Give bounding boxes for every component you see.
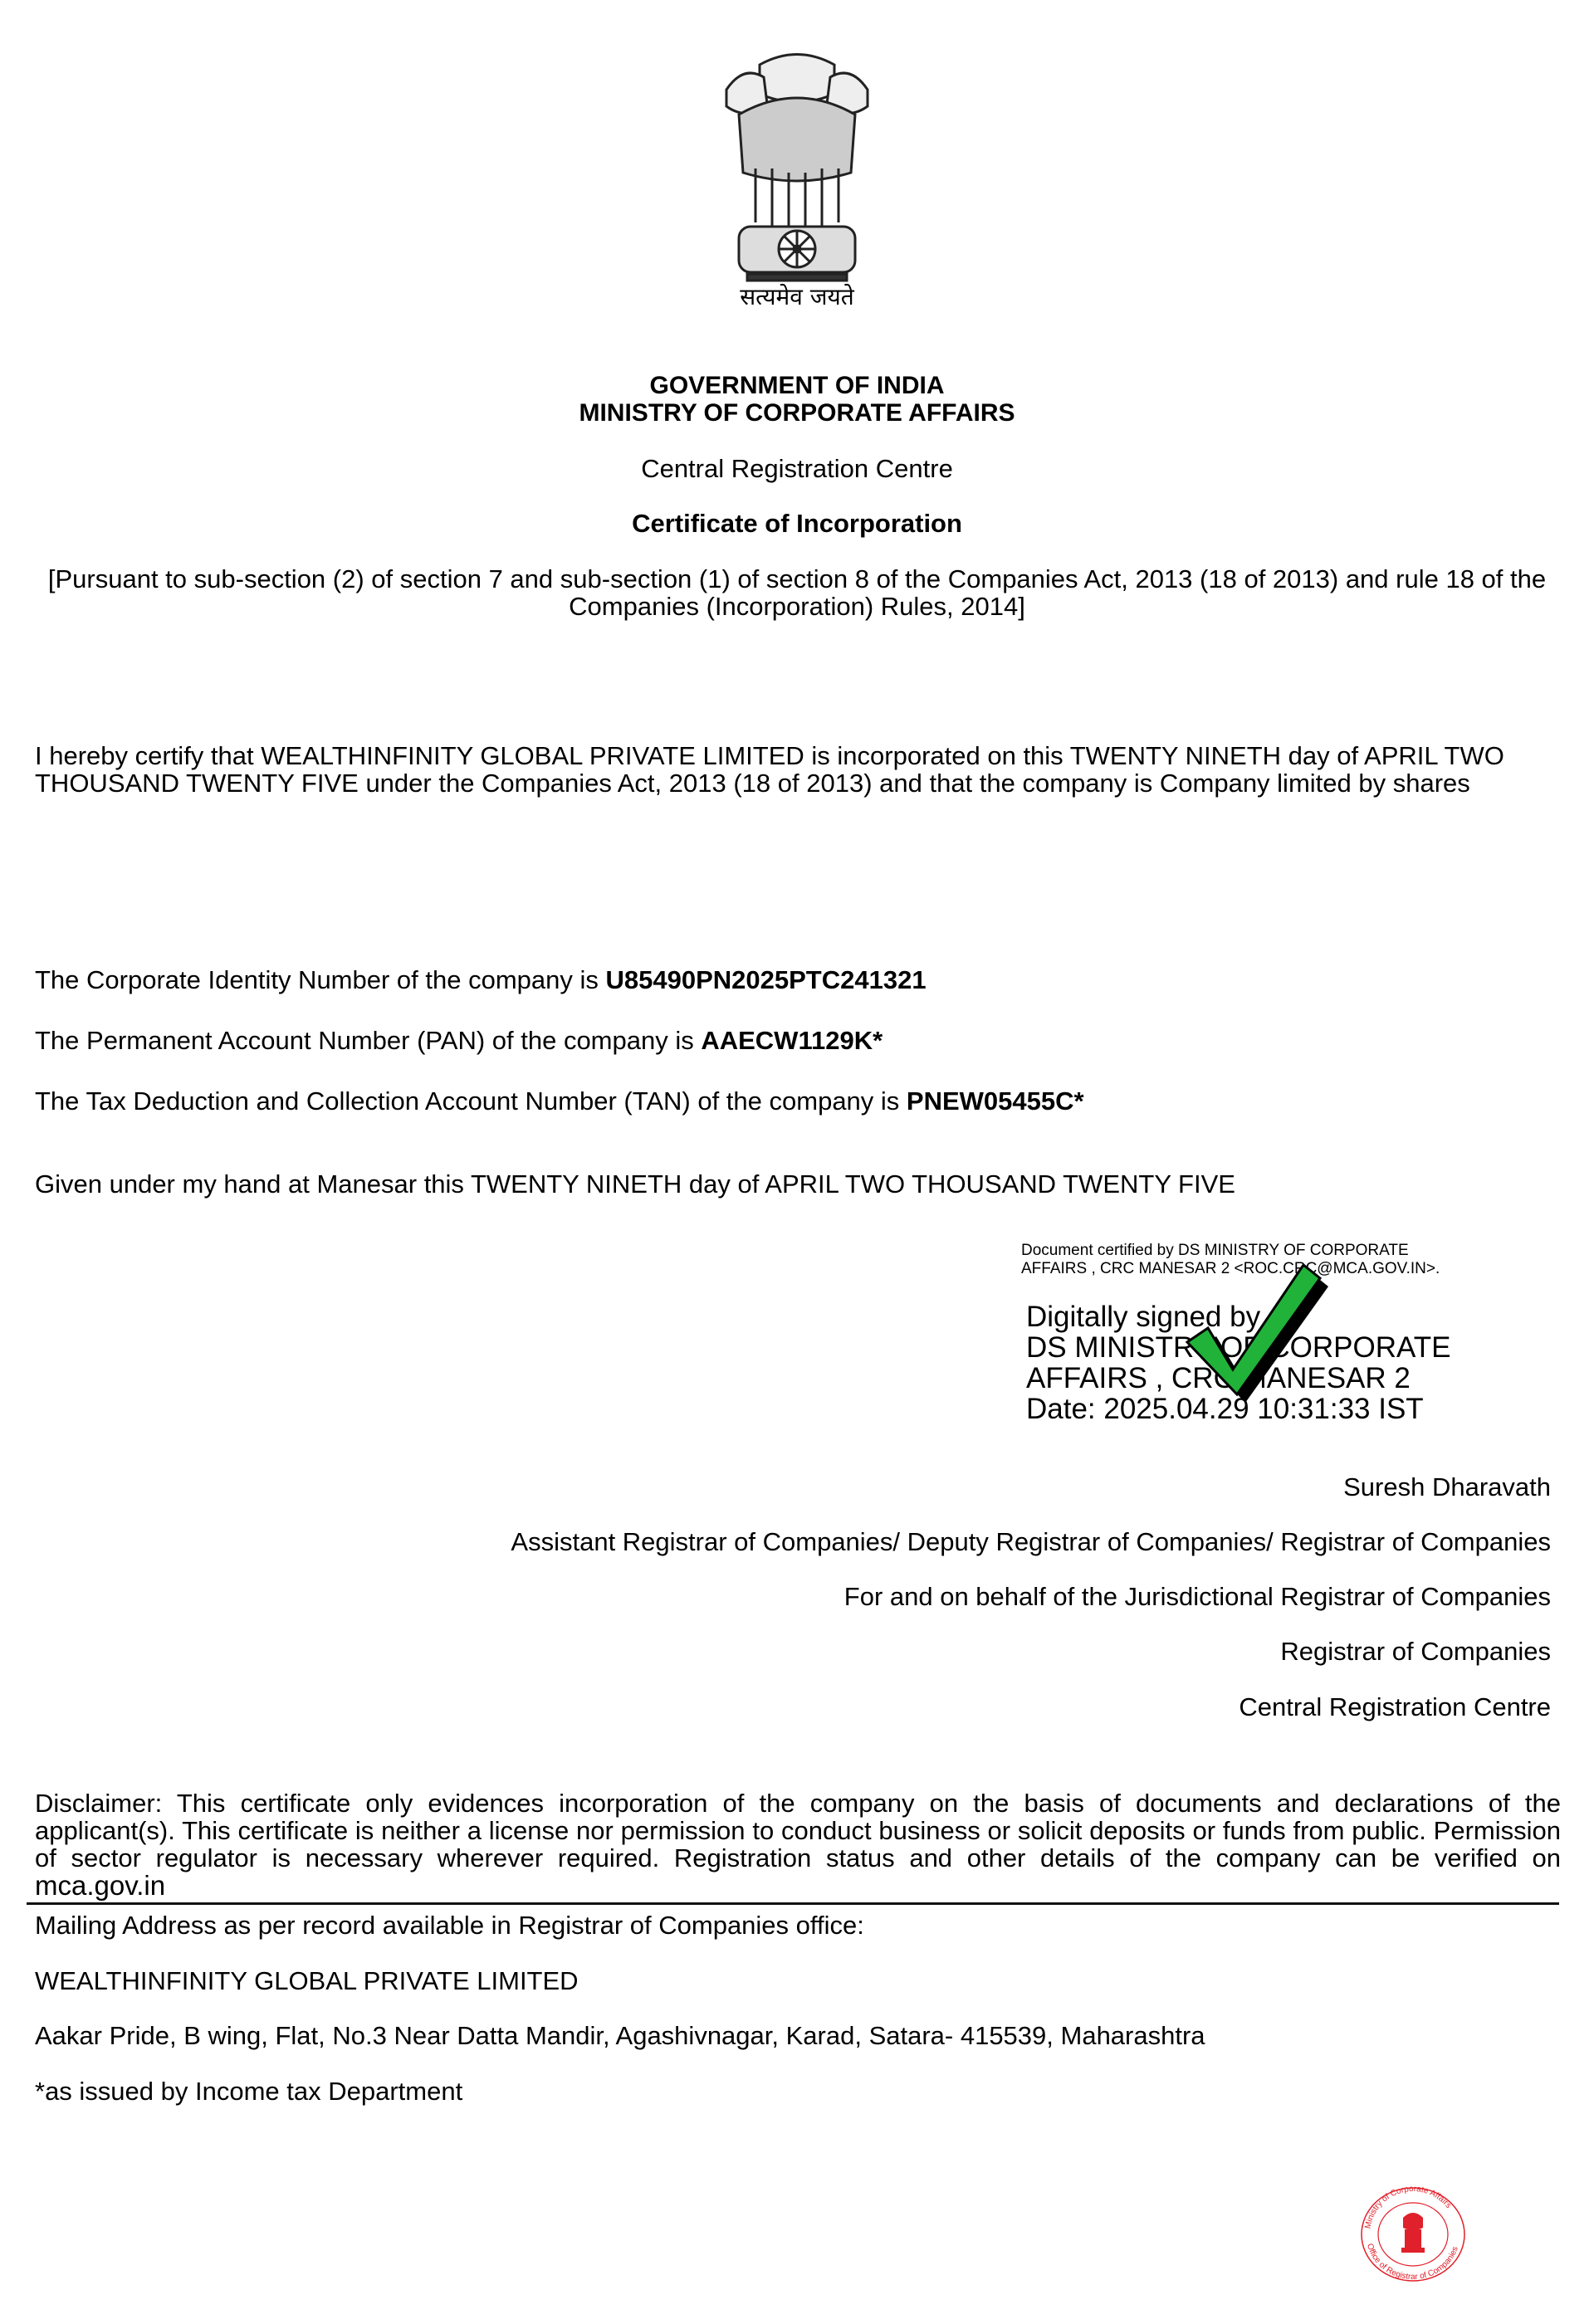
mca-link[interactable]: mca.gov.in bbox=[35, 1870, 165, 1901]
government-heading: GOVERNMENT OF INDIA bbox=[0, 372, 1594, 400]
certified-line-1: Document certified by DS MINISTRY OF COR… bbox=[1021, 1242, 1440, 1260]
tan-line: The Tax Deduction and Collection Account… bbox=[35, 1087, 1084, 1116]
national-emblem: सत्यमेव जयते bbox=[710, 32, 884, 305]
signatory-on-behalf: For and on behalf of the Jurisdictional … bbox=[844, 1583, 1551, 1611]
mailing-company: WEALTHINFINITY GLOBAL PRIVATE LIMITED bbox=[35, 1967, 579, 1995]
footnote: *as issued by Income tax Department bbox=[35, 2077, 462, 2106]
signatory-designation: Assistant Registrar of Companies/ Deputy… bbox=[511, 1528, 1551, 1556]
signature-valid-checkmark-icon bbox=[1179, 1263, 1337, 1404]
emblem-motto: सत्यमेव जयते bbox=[710, 281, 884, 312]
disclaimer-text: Disclaimer: This certificate only eviden… bbox=[35, 1789, 1561, 1872]
mailing-heading: Mailing Address as per record available … bbox=[35, 1911, 864, 1940]
signatory-centre: Central Registration Centre bbox=[1239, 1693, 1551, 1721]
pursuant-clause: [Pursuant to sub-section (2) of section … bbox=[42, 565, 1552, 620]
cin-line: The Corporate Identity Number of the com… bbox=[35, 966, 927, 994]
tan-value: PNEW05455C* bbox=[907, 1086, 1084, 1116]
centre-heading: Central Registration Centre bbox=[0, 455, 1594, 483]
disclaimer: Disclaimer: This certificate only eviden… bbox=[35, 1789, 1561, 1900]
lion-capital-icon bbox=[710, 32, 884, 305]
cin-value: U85490PN2025PTC241321 bbox=[606, 965, 927, 994]
pan-value: AAECW1129K* bbox=[701, 1026, 883, 1055]
pan-line: The Permanent Account Number (PAN) of th… bbox=[35, 1027, 883, 1055]
tan-label: The Tax Deduction and Collection Account… bbox=[35, 1086, 907, 1116]
signatory-name: Suresh Dharavath bbox=[1343, 1473, 1551, 1501]
section-divider bbox=[27, 1902, 1559, 1905]
roc-seal-icon: Ministry of Corporate Affairs Office of … bbox=[1352, 2181, 1474, 2282]
ministry-heading: MINISTRY OF CORPORATE AFFAIRS bbox=[0, 399, 1594, 427]
given-under-text: Given under my hand at Manesar this TWEN… bbox=[35, 1170, 1235, 1199]
mailing-address: Aakar Pride, B wing, Flat, No.3 Near Dat… bbox=[35, 2022, 1205, 2050]
pan-label: The Permanent Account Number (PAN) of th… bbox=[35, 1026, 701, 1055]
certification-text: I hereby certify that WEALTHINFINITY GLO… bbox=[35, 742, 1529, 797]
certificate-title: Certificate of Incorporation bbox=[0, 510, 1594, 538]
signatory-office: Registrar of Companies bbox=[1280, 1638, 1551, 1666]
cin-label: The Corporate Identity Number of the com… bbox=[35, 965, 606, 994]
